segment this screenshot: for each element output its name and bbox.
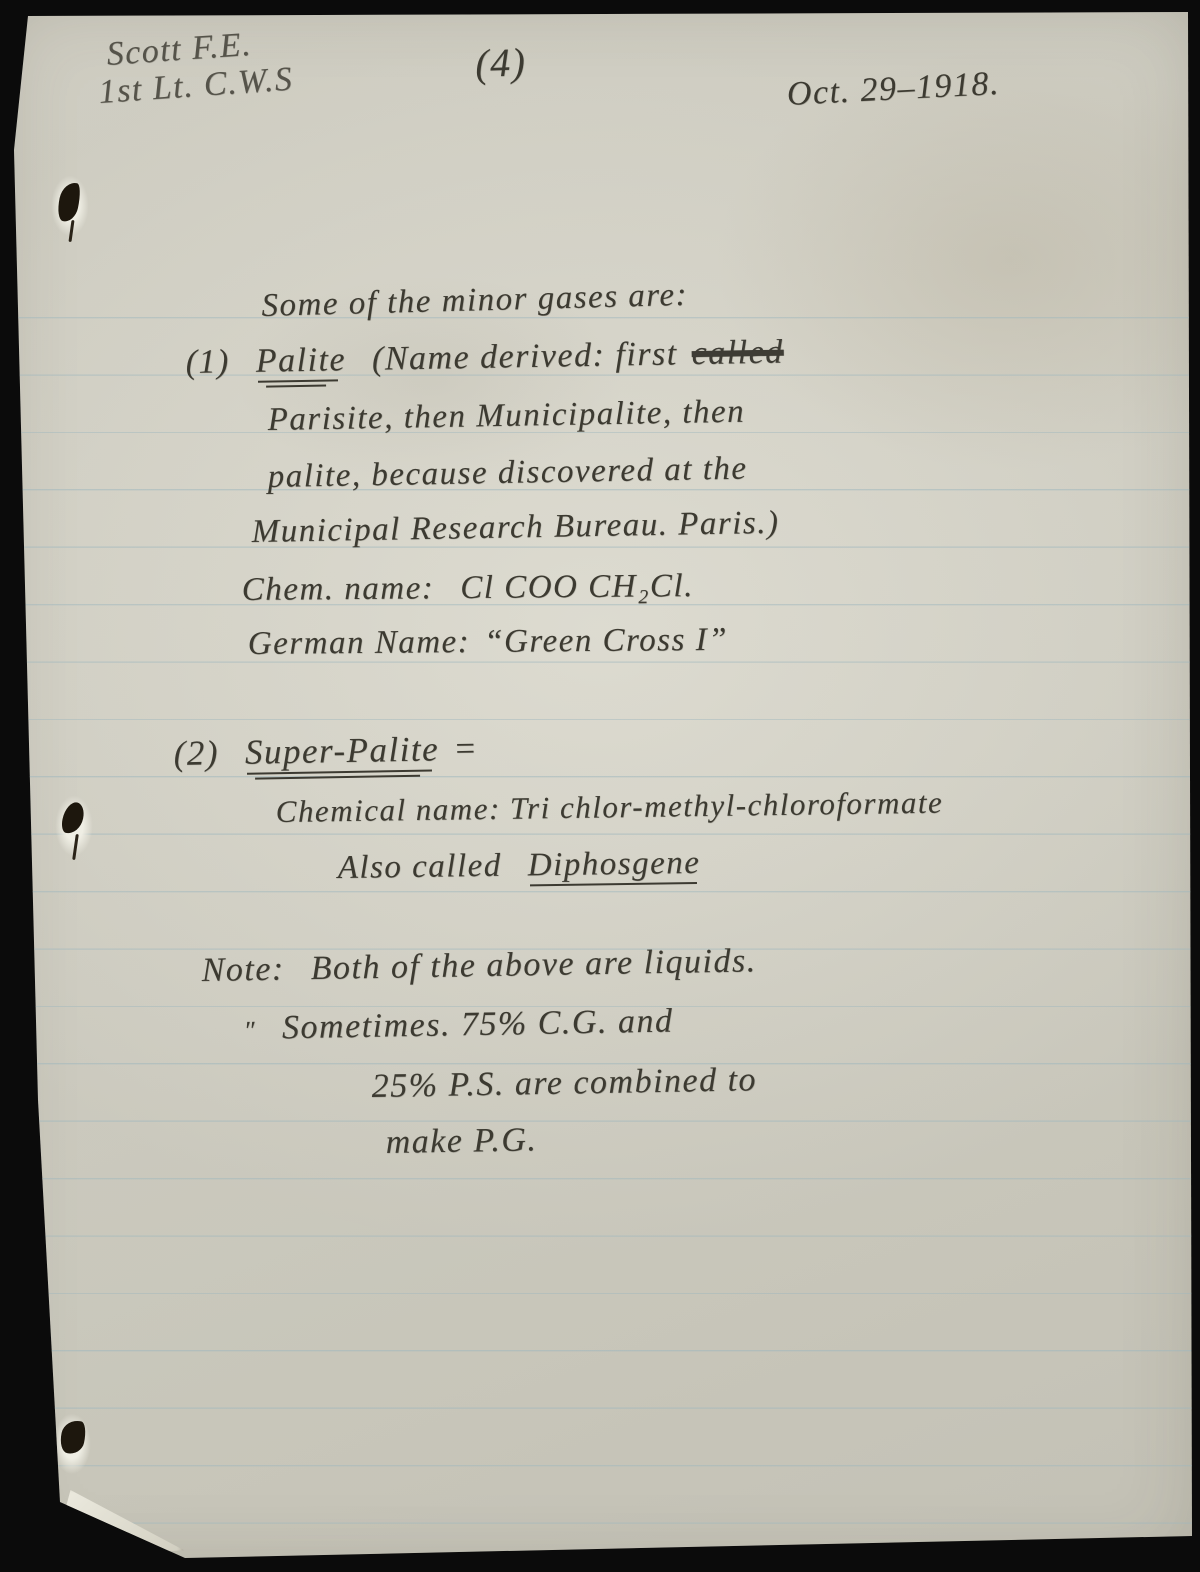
note-line3: 25% P.S. are combined to bbox=[371, 1061, 757, 1106]
item1-derivation-start: (Name derived: first bbox=[372, 335, 678, 377]
note-text1: Both of the above are liquids. bbox=[310, 942, 757, 987]
item2-chem-line: Chemical name: Tri chlor-methyl-chlorofo… bbox=[275, 785, 943, 830]
item1-derivation-line2: Parisite, then Municipalite, then bbox=[267, 394, 745, 439]
item2-dash: = bbox=[453, 729, 479, 768]
item1-chem-line: Chem. name:Cl COO CH₂Cl. bbox=[242, 568, 694, 609]
item1-derivation-line3: palite, because discovered at the bbox=[267, 451, 747, 496]
item1-chem-formula: Cl COO CH₂Cl. bbox=[460, 568, 694, 606]
note-line1: Note:Both of the above are liquids. bbox=[201, 942, 757, 990]
note-text2: Sometimes. 75% C.G. and bbox=[282, 1003, 674, 1047]
ditto-mark: ″ bbox=[243, 1016, 256, 1045]
page-number: (4) bbox=[474, 38, 527, 87]
note-line2: ″Sometimes. 75% C.G. and bbox=[243, 1003, 673, 1048]
notebook-page: Scott F.E. 1st Lt. C.W.S (4) Oct. 29–191… bbox=[0, 0, 1200, 1572]
item1-crossed-out-word: called bbox=[691, 334, 784, 373]
also-called-name: Diphosgene bbox=[528, 845, 701, 883]
item1-derivation-line4: Municipal Research Bureau. Paris.) bbox=[251, 505, 779, 551]
dog-ear-fold bbox=[52, 1490, 184, 1560]
item1-chem-label: Chem. name: bbox=[242, 570, 435, 608]
intro-line: Some of the minor gases are: bbox=[261, 277, 688, 325]
hole-tear-icon bbox=[55, 180, 83, 223]
note-line4: make P.G. bbox=[385, 1121, 537, 1162]
punch-hole-top bbox=[44, 168, 96, 252]
item2-number: (2) bbox=[173, 733, 219, 773]
also-called-label: Also called bbox=[337, 848, 502, 886]
item1-german-label: German Name: bbox=[248, 624, 471, 662]
hole-tear-icon bbox=[58, 1418, 89, 1456]
date: Oct. 29–1918. bbox=[786, 65, 1001, 114]
punch-hole-bottom bbox=[46, 1406, 98, 1490]
note-label: Note: bbox=[201, 951, 285, 989]
hole-tear-icon bbox=[60, 800, 86, 835]
ruled-lines bbox=[0, 261, 1200, 1533]
photo-background: Scott F.E. 1st Lt. C.W.S (4) Oct. 29–191… bbox=[0, 0, 1200, 1572]
punch-hole-middle bbox=[48, 788, 100, 872]
item1-heading-line: (1)Palite(Name derived: firstcalled bbox=[185, 334, 784, 382]
item2-heading-line: (2)Super-Palite= bbox=[173, 729, 478, 774]
item2-name: Super-Palite bbox=[245, 729, 440, 771]
item1-german-line: German Name:“Green Cross I” bbox=[248, 622, 728, 663]
hole-tear-tail bbox=[68, 220, 74, 242]
hole-tear-tail bbox=[72, 834, 79, 860]
item1-name: Palite bbox=[255, 341, 346, 380]
item1-german-name: “Green Cross I” bbox=[484, 622, 728, 660]
item2-also-called-line: Also calledDiphosgene bbox=[337, 845, 700, 887]
item1-number: (1) bbox=[185, 343, 230, 381]
